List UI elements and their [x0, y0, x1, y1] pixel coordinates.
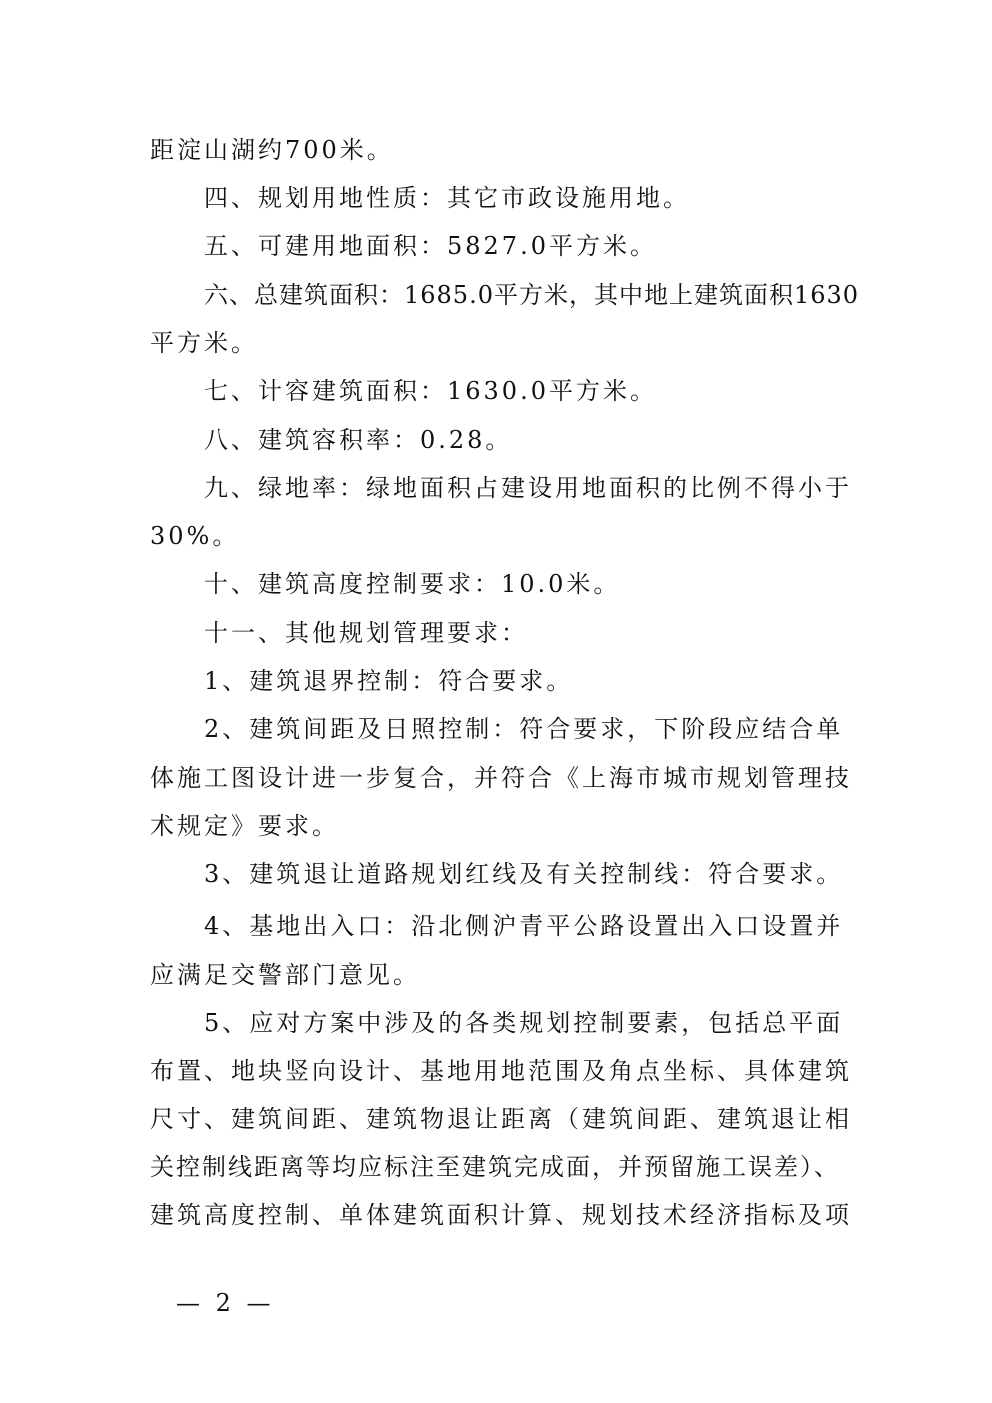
page-number: — 2 —: [176, 1288, 275, 1318]
text-line: 1、建筑退界控制：符合要求。: [204, 666, 904, 696]
text-line: 五、可建用地面积：5827.0平方米。: [204, 231, 904, 261]
text-line: 应满足交警部门意见。: [150, 960, 850, 990]
text-line: 七、计容建筑面积：1630.0平方米。: [204, 376, 904, 406]
text-line: 十、建筑高度控制要求：10.0米。: [204, 569, 904, 599]
document-page: 距淀山湖约700米。 四、规划用地性质：其它市政设施用地。 五、可建用地面积：5…: [0, 0, 992, 1403]
text-line: 5、应对方案中涉及的各类规划控制要素，包括总平面: [204, 1008, 904, 1038]
text-line: 关控制线距离等均应标注至建筑完成面，并预留施工误差）、: [150, 1152, 850, 1182]
text-line: 30%。: [150, 521, 850, 551]
text-line: 尺寸、建筑间距、建筑物退让距离（建筑间距、建筑退让相: [150, 1104, 850, 1134]
text-line: 体施工图设计进一步复合，并符合《上海市城市规划管理技: [150, 763, 850, 793]
text-line: 建筑高度控制、单体建筑面积计算、规划技术经济指标及项: [150, 1200, 850, 1230]
text-line: 3、建筑退让道路规划红线及有关控制线：符合要求。: [204, 859, 904, 889]
text-line: 距淀山湖约700米。: [150, 135, 850, 165]
text-line: 4、基地出入口：沿北侧沪青平公路设置出入口设置并: [204, 911, 904, 941]
text-line: 布置、地块竖向设计、基地用地范围及角点坐标、具体建筑: [150, 1056, 850, 1086]
text-line: 四、规划用地性质：其它市政设施用地。: [204, 183, 904, 213]
text-line: 六、总建筑面积：1685.0平方米，其中地上建筑面积1630: [204, 280, 904, 310]
text-line: 术规定》要求。: [150, 811, 850, 841]
text-line: 2、建筑间距及日照控制：符合要求，下阶段应结合单: [204, 714, 904, 744]
text-line: 九、绿地率：绿地面积占建设用地面积的比例不得小于: [204, 473, 904, 503]
text-line: 十一、其他规划管理要求：: [204, 618, 904, 648]
text-line: 平方米。: [150, 328, 850, 358]
text-line: 八、建筑容积率：0.28。: [204, 425, 904, 455]
